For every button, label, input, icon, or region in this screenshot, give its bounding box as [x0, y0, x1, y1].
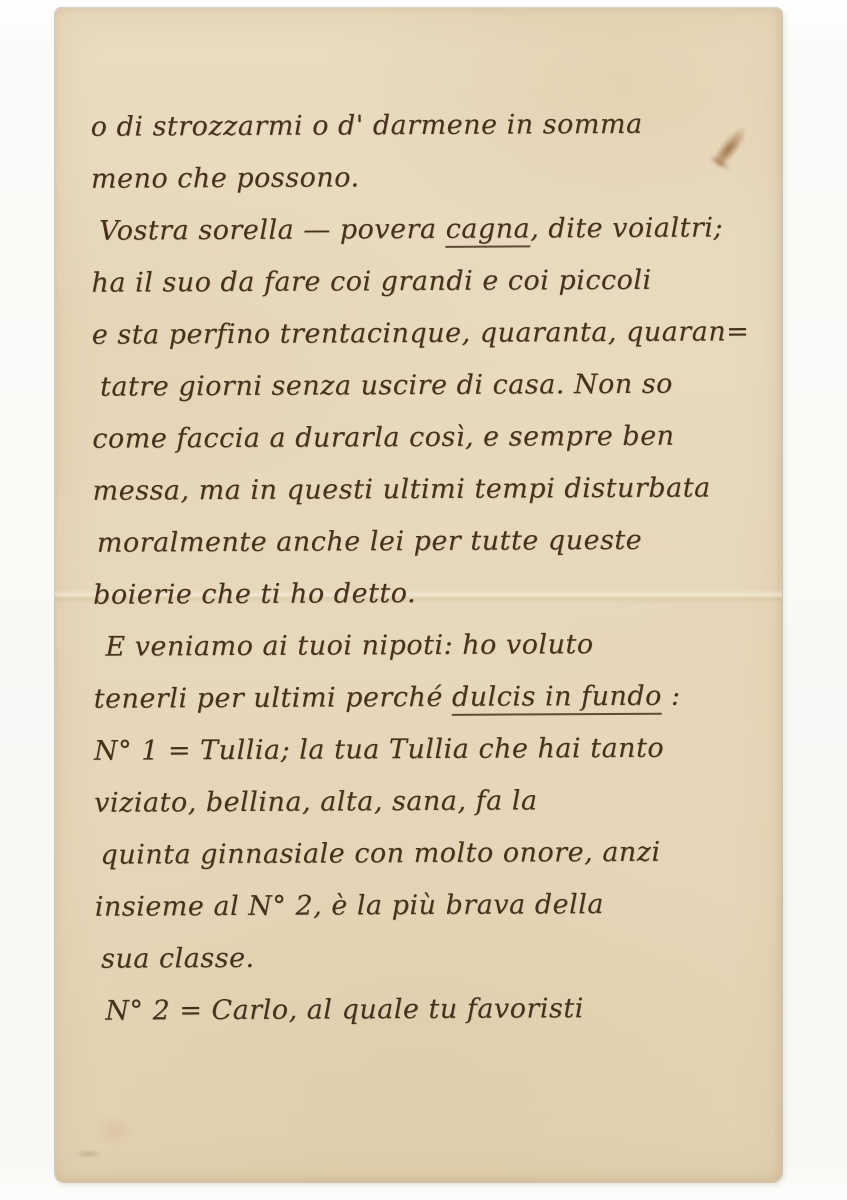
- line-text: Vostra sorella — povera: [99, 214, 446, 247]
- line-text: moralmente anche lei per tutte queste: [97, 525, 643, 559]
- letter-line: boierie che ti ho detto.: [93, 566, 753, 621]
- letter-line: sua classe.: [95, 930, 755, 985]
- line-text: meno che possono.: [91, 162, 360, 194]
- edge-speckle: [73, 1150, 103, 1158]
- line-text: :: [662, 681, 681, 712]
- letter-line: N° 2 = Carlo, al quale tu favoristi: [95, 982, 755, 1037]
- line-text: boierie che ti ho detto.: [93, 578, 416, 611]
- line-text: ha il suo da fare coi grandi e coi picco…: [91, 265, 651, 299]
- letter-line: insieme al N° 2, è la più brava della: [95, 878, 755, 933]
- line-text: e sta perfino trentacinque, quaranta, qu…: [92, 316, 750, 350]
- letter-line: tenerli per ultimi perché dulcis in fund…: [94, 670, 754, 725]
- letter-body: o di strozzarmi o d' darmene in sommamen…: [91, 98, 756, 1037]
- scanned-letter: o di strozzarmi o d' darmene in sommamen…: [0, 0, 847, 1200]
- line-text: messa, ma in questi ultimi tempi disturb…: [93, 472, 711, 506]
- letter-line: e sta perfino trentacinque, quaranta, qu…: [92, 306, 752, 361]
- letter-line: moralmente anche lei per tutte queste: [93, 514, 753, 569]
- line-text: E veniamo ai tuoi nipoti: ho voluto: [105, 629, 593, 663]
- line-text: , dite voialtri;: [530, 212, 723, 244]
- letter-line: quinta ginnasiale con molto onore, anzi: [94, 826, 754, 881]
- letter-line: meno che possono.: [91, 150, 751, 205]
- letter-line: o di strozzarmi o d' darmene in somma: [91, 98, 751, 153]
- letter-line: ha il suo da fare coi grandi e coi picco…: [91, 254, 751, 309]
- line-text: o di strozzarmi o d' darmene in somma: [91, 109, 643, 143]
- underlined-phrase: dulcis in fundo: [452, 681, 662, 716]
- letter-page: o di strozzarmi o d' darmene in sommamen…: [55, 8, 782, 1182]
- letter-line: E veniamo ai tuoi nipoti: ho voluto: [93, 618, 753, 673]
- line-text: sua classe.: [101, 943, 255, 975]
- line-text: viziato, bellina, alta, sana, fa la: [94, 785, 537, 818]
- line-text: quinta ginnasiale con molto onore, anzi: [100, 837, 660, 871]
- underlined-phrase: cagna: [446, 213, 531, 247]
- line-text: N° 2 = Carlo, al quale tu favoristi: [105, 993, 584, 1027]
- letter-line: N° 1 = Tullia; la tua Tullia che hai tan…: [94, 722, 754, 777]
- line-text: come faccia a durarla così, e sempre ben: [92, 421, 674, 455]
- letter-line: come faccia a durarla così, e sempre ben: [92, 410, 752, 465]
- letter-line: tatre giorni senza uscire di casa. Non s…: [92, 358, 752, 413]
- line-text: tenerli per ultimi perché: [94, 682, 452, 715]
- line-text: N° 1 = Tullia; la tua Tullia che hai tan…: [94, 733, 664, 767]
- line-text: tatre giorni senza uscire di casa. Non s…: [100, 369, 673, 403]
- line-text: insieme al N° 2, è la più brava della: [95, 889, 604, 923]
- letter-line: messa, ma in questi ultimi tempi disturb…: [92, 462, 752, 517]
- faint-blemish: [95, 1116, 135, 1146]
- letter-line: Vostra sorella — povera cagna, dite voia…: [91, 202, 751, 257]
- letter-line: viziato, bellina, alta, sana, fa la: [94, 774, 754, 829]
